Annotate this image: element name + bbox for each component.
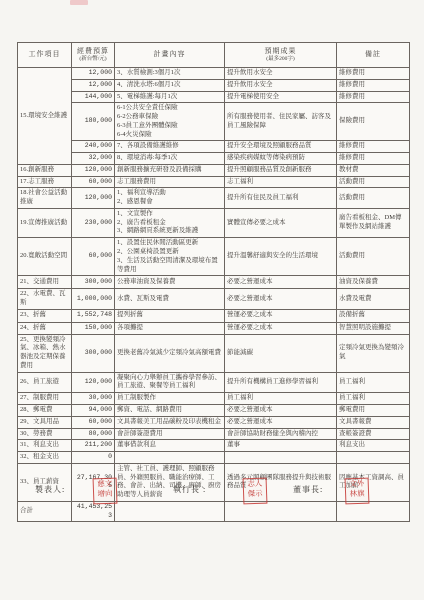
table-row: 21、交通費用300,000公務車油資及保養費必要之營運成本油資及保養費 [18, 276, 410, 289]
text-cell: 郵電費用 [337, 404, 410, 416]
work-item-cell: 32、租金支出 [18, 452, 72, 464]
text-cell: 實體宣傳必要之成本 [225, 208, 337, 237]
text-cell: 活動費用 [337, 188, 410, 209]
work-item-cell: 28、郵電費 [18, 404, 72, 416]
budget-cell: 300,000 [72, 276, 115, 289]
table-row: 32,0008、環境消毒:每季1次感染疾病媒蚊等傳染病預防維修費用 [18, 153, 410, 165]
table-row: 28、郵電費94,000郵資、電話、網路費用必要之營運成本郵電費用 [18, 404, 410, 416]
text-cell: 水費、瓦斯及電費 [115, 289, 225, 310]
table-row: 25、更換變頻冷氣、冰箱、熱水器池及定期保養費用300,000更換老舊冷氣減少定… [18, 334, 410, 372]
chairman-label: 董事長: [293, 484, 323, 495]
text-cell: 油資及保養費 [337, 276, 410, 289]
work-item-cell: 18.社會公益活動推廣 [18, 188, 72, 209]
chairman-seal: 文外 林旗 [345, 478, 370, 505]
budget-cell: 230,000 [72, 208, 115, 237]
text-cell: 維修費用 [337, 79, 410, 91]
table-row: 31、利息支出211,200董事借款利息董事利息支出 [18, 440, 410, 452]
text-cell: 3、水質檢測:3個月1次 [115, 68, 225, 80]
text-cell: 提升所有機構員工進修學習福利 [225, 372, 337, 393]
table-row: 29、文具用品60,000文具書報美工用品碳粉及印表機租金必要之營運成本文具書報… [18, 416, 410, 428]
text-cell: 更換老舊冷氣減少定頻冷氣高額電費 [115, 334, 225, 372]
budget-cell: 60,000 [72, 176, 115, 188]
work-item-cell: 31、利息支出 [18, 440, 72, 452]
text-cell: 各項攤提 [115, 322, 225, 334]
budget-cell: 1,000,000 [72, 289, 115, 310]
text-cell: 營運必要之成本 [225, 322, 337, 334]
text-cell: 活動費用 [337, 176, 410, 188]
text-cell: 創新服務擴充研發及設備採購 [115, 164, 225, 176]
text-cell: 7、各項設備維護維修 [115, 141, 225, 153]
table-row: 16.創新服務120,000創新服務擴充研發及設備採購提升照顧服務品質及創新服務… [18, 164, 410, 176]
table-row: 18.社會公益活動推廣120,0001、福利宣導活動 2、感恩餐會提升所有住民及… [18, 188, 410, 209]
budget-cell: 80,000 [72, 428, 115, 440]
work-item-cell: 20.寬敞活動空間 [18, 238, 72, 276]
text-cell: 提升飲用水安全 [225, 79, 337, 91]
text-cell: 定頻冷氣更換為變頻冷氣 [337, 334, 410, 372]
budget-cell: 32,000 [72, 153, 115, 165]
column-header: 經費預算(新台幣/元) [72, 43, 115, 68]
budget-cell: 211,200 [72, 440, 115, 452]
text-cell [337, 452, 410, 464]
text-cell: 6-1公共安全責任保險 6-2公務車保險 6-3員工意外團體保險 6-4火災保險 [115, 103, 225, 141]
text-cell: 所有服務使用者、住民家屬、訪客及員工風險保障 [225, 103, 337, 141]
text-cell: 提列折舊 [115, 309, 225, 322]
text-cell: 4、清洗水塔:6個月1次 [115, 79, 225, 91]
budget-cell: 300,000 [72, 334, 115, 372]
text-cell: 智慧照明設施攤提 [337, 322, 410, 334]
text-cell: 會計師簽證費用 [115, 428, 225, 440]
text-cell: 設備折舊 [337, 309, 410, 322]
budget-cell: 150,000 [72, 322, 115, 334]
column-header: 工作項目 [18, 43, 72, 68]
text-cell [225, 452, 337, 464]
signature-row: 製表人: 慈文 增向 執行長 : 志人 傑示 董事長: 文外 林旗 [0, 478, 424, 512]
text-cell: 5、電梯維護:每月1次 [115, 91, 225, 103]
table-header-row: 工作項目經費預算(新台幣/元)計畫內容預期成果(最多200字)備註 [18, 43, 410, 68]
table-row: 23、折舊1,552,748提列折舊營運必要之成本設備折舊 [18, 309, 410, 322]
text-cell: 維修費用 [337, 91, 410, 103]
table-row: 32、租金支出0 [18, 452, 410, 464]
maker-seal: 慈文 增向 [93, 478, 118, 505]
work-item-cell: 19.宣傳推廣活動 [18, 208, 72, 237]
ceo-label: 執行長 : [173, 484, 206, 495]
table-row: 30、勞務費80,000會計師簽證費用會計師協助財務健全與內稽內控查帳簽證費 [18, 428, 410, 440]
budget-cell: 240,000 [72, 141, 115, 153]
table-row: 240,0007、各項設備維護維修提升安全環境及照顧服務品質維修費用 [18, 141, 410, 153]
text-cell: 水費及電費 [337, 289, 410, 310]
table-row: 20.寬敞活動空間60,0001、設置住民休閒活動區更新 2、公園桌椅設置更新 … [18, 238, 410, 276]
ceo-seal: 志人 傑示 [243, 478, 268, 505]
text-cell: 提升溫馨舒適與安全的生活環境 [225, 238, 337, 276]
text-cell: 文具書報美工用品碳粉及印表機租金 [115, 416, 225, 428]
text-cell: 董事 [225, 440, 337, 452]
table-body: 15.環境安全維護12,0003、水質檢測:3個月1次提升飲用水安全維修費用12… [18, 68, 410, 522]
text-cell: 利息支出 [337, 440, 410, 452]
text-cell: 郵資、電話、網路費用 [115, 404, 225, 416]
table-row: 15.環境安全維護12,0003、水質檢測:3個月1次提升飲用水安全維修費用 [18, 68, 410, 80]
text-cell: 會計師協助財務健全與內稽內控 [225, 428, 337, 440]
text-cell: 必要之營運成本 [225, 289, 337, 310]
work-item-cell: 17.志工服務 [18, 176, 72, 188]
text-cell: 必要之營運成本 [225, 404, 337, 416]
text-cell: 公務車油資及保養費 [115, 276, 225, 289]
budget-cell: 60,000 [72, 238, 115, 276]
text-cell: 感染疾病媒蚊等傳染病預防 [225, 153, 337, 165]
text-cell: 1、福利宣導活動 2、感恩餐會 [115, 188, 225, 209]
text-cell: 員工制服製作 [115, 393, 225, 405]
text-cell: 維修費用 [337, 68, 410, 80]
budget-cell: 60,000 [72, 416, 115, 428]
work-item-cell: 29、文具用品 [18, 416, 72, 428]
text-cell: 提升所有住民及員工福利 [225, 188, 337, 209]
text-cell: 活動費用 [337, 238, 410, 276]
text-cell: 文具書報費 [337, 416, 410, 428]
budget-cell: 120,000 [72, 188, 115, 209]
text-cell: 查帳簽證費 [337, 428, 410, 440]
text-cell: 提升電梯使用安全 [225, 91, 337, 103]
scanned-budget-document: { "page": {"paper_color": "#f6f5f2", "se… [0, 0, 424, 600]
text-cell: 提升照顧服務品質及創新服務 [225, 164, 337, 176]
text-cell: 提升安全環境及照顧服務品質 [225, 141, 337, 153]
table-row: 27、制服費用30,000員工制服製作員工福利員工福利 [18, 393, 410, 405]
text-cell: 志工服務費用 [115, 176, 225, 188]
work-item-cell: 24、折舊 [18, 322, 72, 334]
text-cell: 節能減碳 [225, 334, 337, 372]
text-cell: 凝聚向心力舉辦員工攜眷學習參訪、員工旅遊、聚餐等員工福利 [115, 372, 225, 393]
budget-cell: 94,000 [72, 404, 115, 416]
text-cell: 廣告看板租金、DM傳單製作及網站維護 [337, 208, 410, 237]
text-cell: 志工福利 [225, 176, 337, 188]
text-cell: 教材費 [337, 164, 410, 176]
work-item-cell: 16.創新服務 [18, 164, 72, 176]
table-row: 19.宣傳推廣活動230,0001、文宣製作 2、廣告看板租金 3、網路網頁系統… [18, 208, 410, 237]
maker-label: 製表人: [35, 484, 65, 495]
budget-cell: 12,000 [72, 79, 115, 91]
work-item-cell: 25、更換變頻冷氣、冰箱、熱水器池及定期保養費用 [18, 334, 72, 372]
budget-cell: 12,000 [72, 68, 115, 80]
table-row: 180,0006-1公共安全責任保險 6-2公務車保險 6-3員工意外團體保險 … [18, 103, 410, 141]
table-row: 12,0004、清洗水塔:6個月1次提升飲用水安全維修費用 [18, 79, 410, 91]
column-header: 備註 [337, 43, 410, 68]
text-cell: 必要之營運成本 [225, 276, 337, 289]
budget-cell: 120,000 [72, 372, 115, 393]
text-cell: 員工福利 [337, 372, 410, 393]
work-item-cell: 23、折舊 [18, 309, 72, 322]
budget-cell: 180,000 [72, 103, 115, 141]
table-row: 22、水電費、瓦斯1,000,000水費、瓦斯及電費必要之營運成本水費及電費 [18, 289, 410, 310]
table-row: 144,0005、電梯維護:每月1次提升電梯使用安全維修費用 [18, 91, 410, 103]
work-item-cell: 22、水電費、瓦斯 [18, 289, 72, 310]
budget-cell: 30,000 [72, 393, 115, 405]
table-row: 17.志工服務60,000志工服務費用志工福利活動費用 [18, 176, 410, 188]
work-item-cell: 21、交通費用 [18, 276, 72, 289]
partial-red-stamp [70, 0, 88, 5]
budget-cell: 144,000 [72, 91, 115, 103]
text-cell: 必要之營運成本 [225, 416, 337, 428]
work-item-cell: 27、制服費用 [18, 393, 72, 405]
budget-table: 工作項目經費預算(新台幣/元)計畫內容預期成果(最多200字)備註 15.環境安… [17, 42, 410, 522]
column-header: 計畫內容 [115, 43, 225, 68]
text-cell: 1、設置住民休閒活動區更新 2、公園桌椅設置更新 3、生活及活動空間清潔及環境布… [115, 238, 225, 276]
column-header: 預期成果(最多200字) [225, 43, 337, 68]
text-cell [115, 452, 225, 464]
text-cell: 員工福利 [225, 393, 337, 405]
text-cell: 提升飲用水安全 [225, 68, 337, 80]
text-cell: 維修費用 [337, 153, 410, 165]
text-cell: 8、環境消毒:每季1次 [115, 153, 225, 165]
budget-cell: 1,552,748 [72, 309, 115, 322]
text-cell: 營運必要之成本 [225, 309, 337, 322]
text-cell: 1、文宣製作 2、廣告看板租金 3、網路網頁系統更新及維護 [115, 208, 225, 237]
text-cell: 董事借款利息 [115, 440, 225, 452]
work-item-cell: 30、勞務費 [18, 428, 72, 440]
text-cell: 員工福利 [337, 393, 410, 405]
table-row: 24、折舊150,000各項攤提營運必要之成本智慧照明設施攤提 [18, 322, 410, 334]
budget-cell: 120,000 [72, 164, 115, 176]
budget-cell: 0 [72, 452, 115, 464]
text-cell: 保險費用 [337, 103, 410, 141]
work-item-cell: 15.環境安全維護 [18, 68, 72, 165]
text-cell: 維修費用 [337, 141, 410, 153]
table-row: 26、員工旅遊120,000凝聚向心力舉辦員工攜眷學習參訪、員工旅遊、聚餐等員工… [18, 372, 410, 393]
work-item-cell: 26、員工旅遊 [18, 372, 72, 393]
